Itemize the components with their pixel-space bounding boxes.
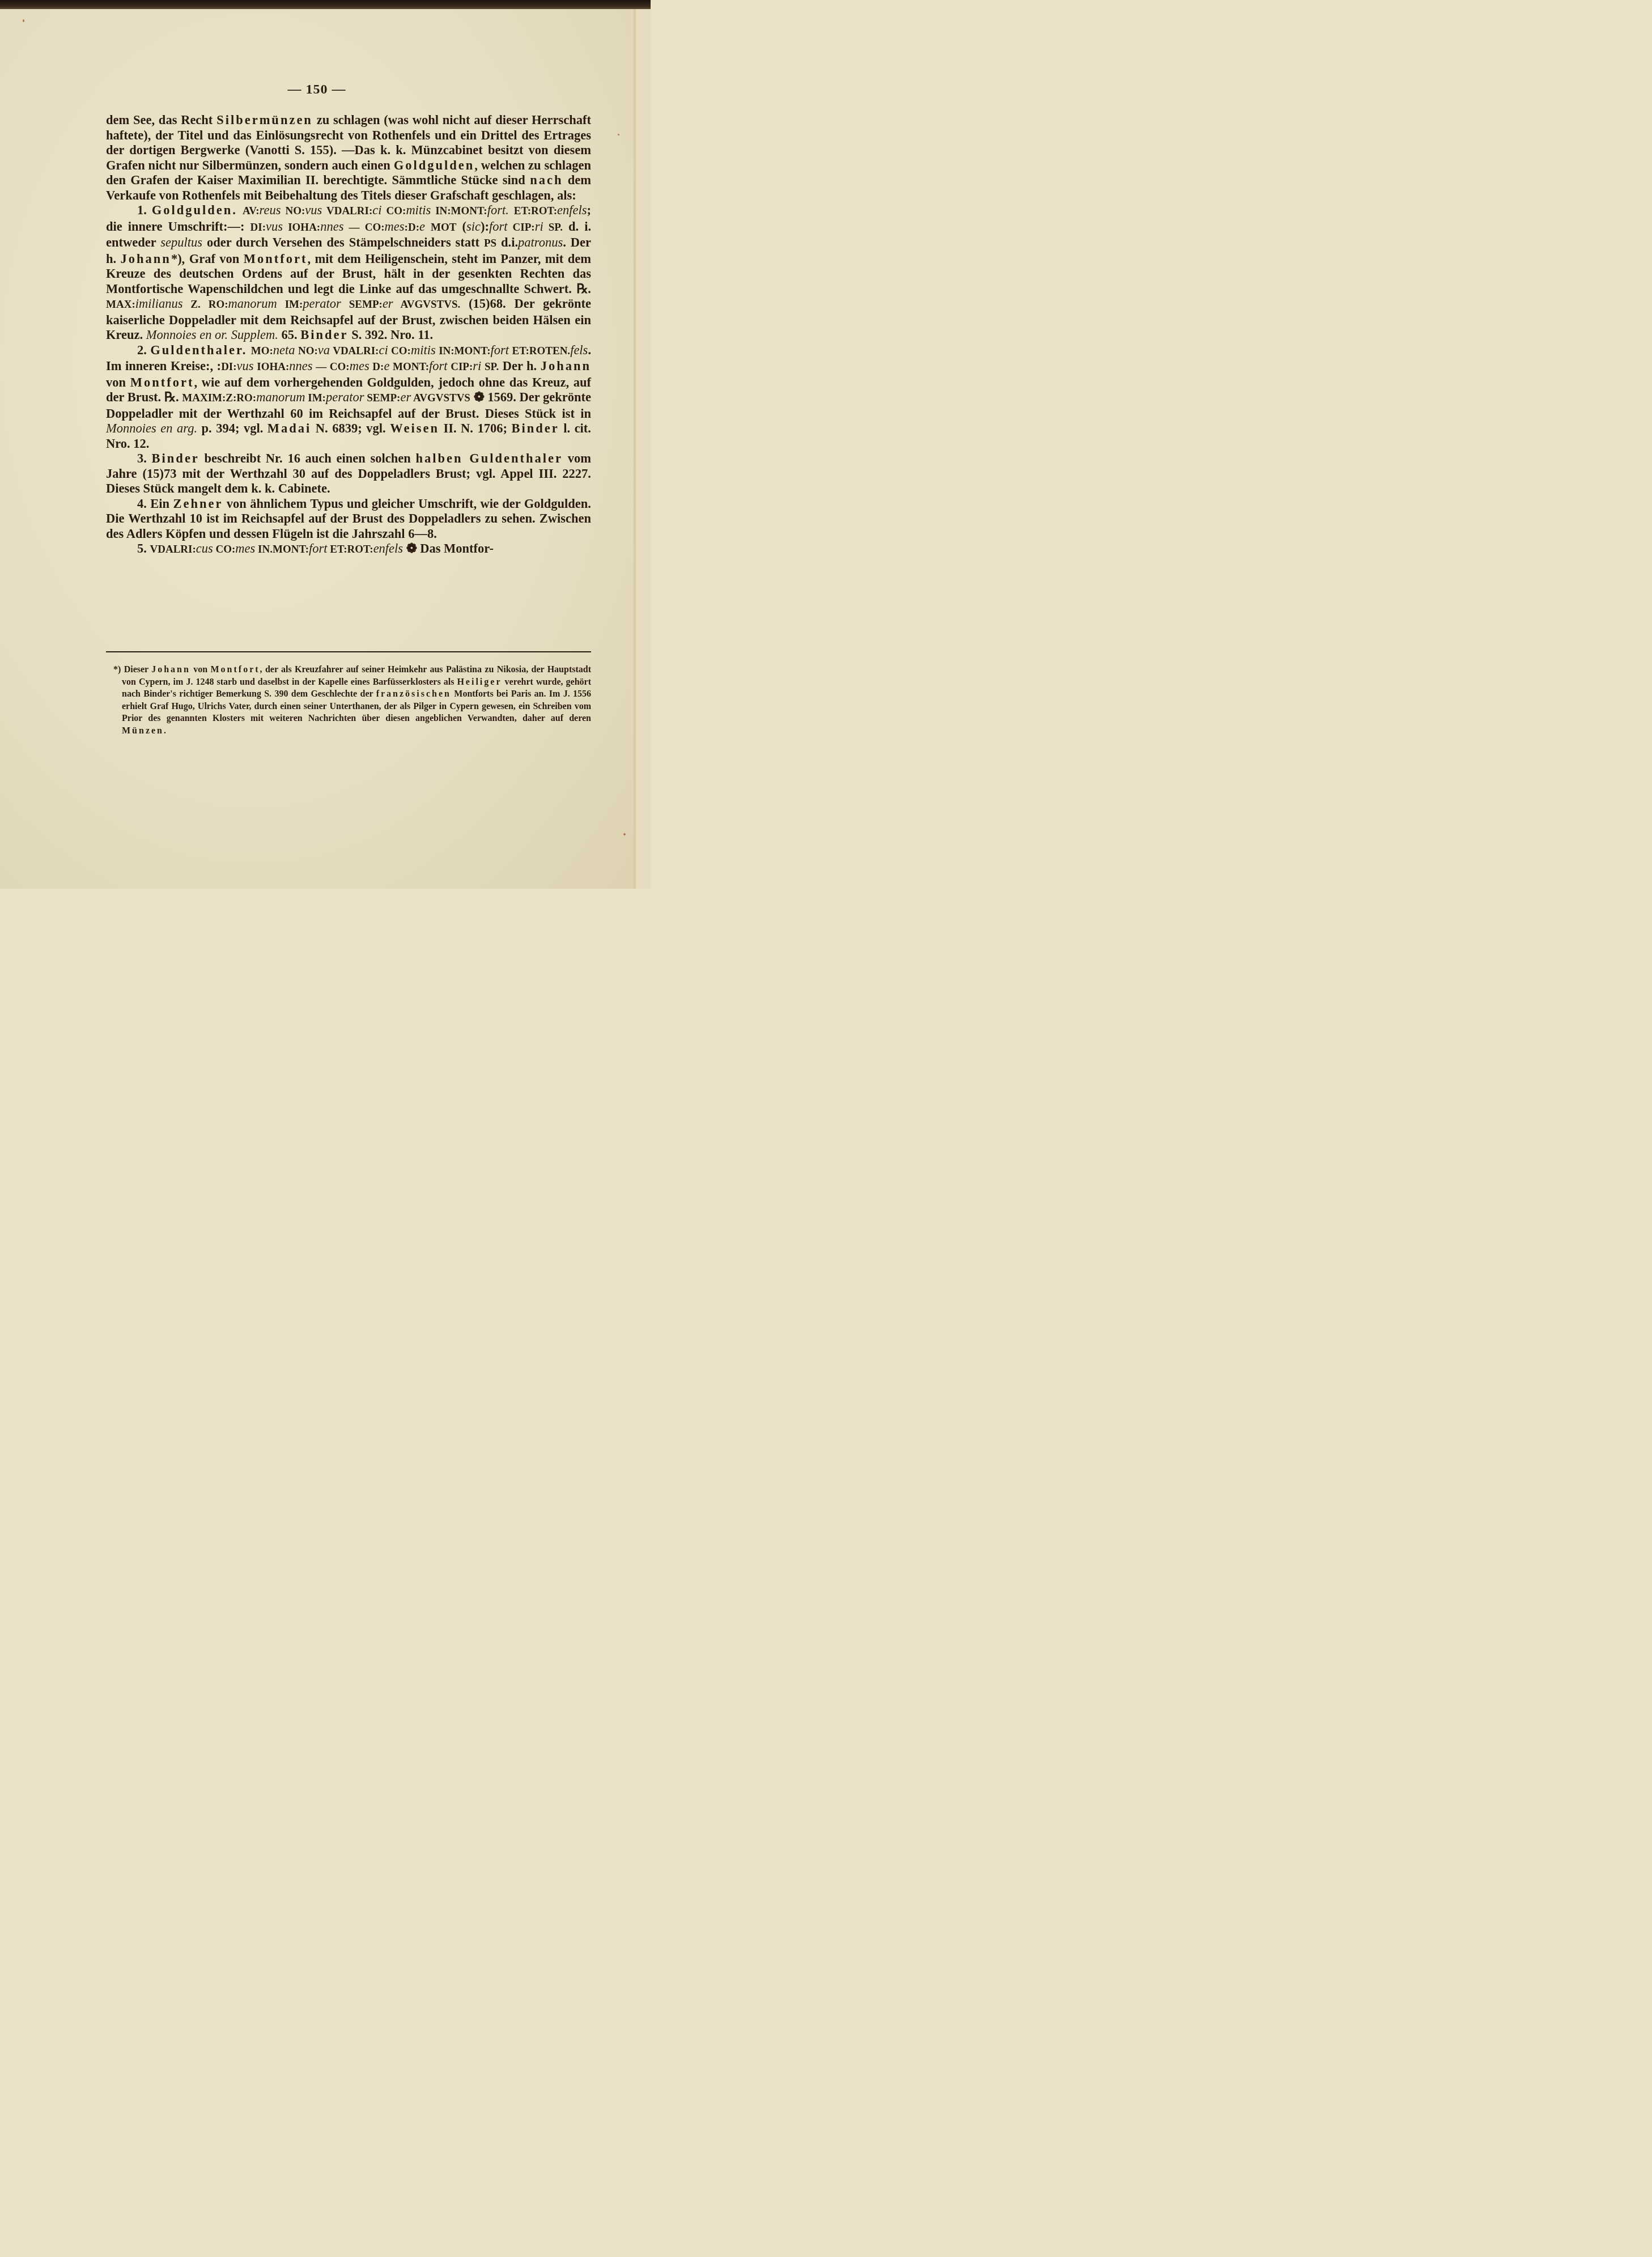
legend-italic: vus xyxy=(305,203,322,217)
footnote-ref: *), Graf von xyxy=(171,252,244,266)
legend-italic: fort. xyxy=(487,203,509,217)
spaced-term: Binder xyxy=(511,421,559,435)
legend-italic: patronus xyxy=(518,235,563,249)
legend-caps: D: xyxy=(370,361,384,373)
legend-italic: perator xyxy=(326,390,364,404)
spaced-term: Montfort xyxy=(244,252,308,266)
text-run: p. 394; vgl. xyxy=(197,421,267,435)
spaced-term: Münzen xyxy=(122,726,164,736)
legend-italic: sepultus xyxy=(160,235,202,249)
legend-italic: manorum xyxy=(256,390,305,404)
legend-caps: VDALRI: xyxy=(322,205,372,217)
legend-caps: VDALRI: xyxy=(330,345,379,357)
text-run: oder durch Versehen des Stämpelschneider… xyxy=(202,235,484,249)
legend-caps: — CO: xyxy=(313,361,350,373)
spaced-term: Johann xyxy=(541,359,591,373)
legend-italic: e xyxy=(419,219,425,234)
legend-italic: nnes xyxy=(289,359,312,373)
legend-italic: mes xyxy=(385,219,405,234)
legend-italic: mitis xyxy=(411,343,436,357)
legend-caps: DI: xyxy=(221,361,236,373)
legend-caps: CO: xyxy=(382,205,406,217)
item-title: Goldgulden. xyxy=(152,203,237,217)
legend-caps: SP. xyxy=(543,222,563,234)
legend-caps: MAXIM:Z:RO: xyxy=(182,392,256,404)
spaced-term: Silbermünzen xyxy=(216,113,313,127)
spaced-term: Zehner xyxy=(173,497,223,511)
text-run: S. 392. Nro. 11. xyxy=(349,328,434,342)
spaced-term: Johann xyxy=(121,252,171,266)
legend-caps: PS xyxy=(484,237,496,249)
footnote-paragraph: *) Dieser Johann von Montfort, der als K… xyxy=(113,664,591,737)
legend-caps: CO: xyxy=(388,345,411,357)
item-3-paragraph: 3. Binder beschreibt Nr. 16 auch einen s… xyxy=(106,451,591,497)
item-number: 5. xyxy=(137,541,150,555)
item-number: 2. xyxy=(137,343,147,357)
citation-title: Monnoies en arg. xyxy=(106,421,197,435)
legend-italic: neta xyxy=(273,343,295,357)
legend-caps: ET:ROTEN. xyxy=(509,345,570,357)
text-run: N. 6839; vgl. xyxy=(311,421,390,435)
legend-italic: perator xyxy=(303,296,341,311)
citation-title: Monnoies en or. Supplem. xyxy=(146,328,278,342)
legend-italic: ri xyxy=(535,219,543,234)
legend-caps: NO: xyxy=(295,345,318,357)
text-run: Dieser xyxy=(121,665,151,674)
intro-paragraph: dem See, das Recht Silbermünzen zu schla… xyxy=(106,113,591,203)
legend-caps: SP. xyxy=(481,361,499,373)
legend-italic: fels xyxy=(570,343,588,357)
legend-italic: vus xyxy=(237,359,254,373)
text-run: d.i. xyxy=(496,235,518,249)
spaced-term: halben Guldenthaler xyxy=(416,451,563,465)
legend-italic: mitis xyxy=(406,203,431,217)
page-number: — 150 — xyxy=(0,82,634,97)
legend-caps: CIP: xyxy=(507,222,534,234)
legend-italic: mes xyxy=(235,541,255,555)
spaced-term: Weisen xyxy=(390,421,439,435)
item-number: 4. Ein xyxy=(137,497,173,511)
item-4-paragraph: 4. Ein Zehner von ähnlichem Typus und gl… xyxy=(106,497,591,542)
spaced-term: Binder xyxy=(152,451,199,465)
spaced-term: französischen xyxy=(376,689,451,699)
legend-caps: — CO: xyxy=(343,222,384,234)
legend-italic: va xyxy=(318,343,330,357)
legend-italic: fort xyxy=(309,541,328,555)
legend-italic: reus xyxy=(259,203,281,217)
legend-caps: ET:ROT: xyxy=(328,544,373,555)
legend-caps: IN.MONT: xyxy=(255,544,309,555)
spaced-term: Heiliger xyxy=(457,677,502,687)
legend-italic: er xyxy=(400,390,411,404)
main-text: dem See, das Recht Silbermünzen zu schla… xyxy=(106,113,591,558)
legend-caps: :D: xyxy=(405,222,419,234)
footnote-marker: *) xyxy=(113,665,121,674)
item-number: 1. xyxy=(137,203,147,217)
legend-italic: nnes xyxy=(320,219,343,234)
legend-caps: Z. RO: xyxy=(182,299,228,311)
legend-caps: CO: xyxy=(213,544,236,555)
text-run: ): xyxy=(481,219,489,234)
legend-italic: mes xyxy=(350,359,370,373)
legend-italic: fort xyxy=(429,359,448,373)
spaced-term: Goldgulden xyxy=(394,158,475,172)
legend-caps: IM: xyxy=(305,392,325,404)
text-run: dem See, das Recht xyxy=(106,113,216,127)
legend-italic: e xyxy=(384,359,389,373)
legend-italic: ci xyxy=(372,203,381,217)
legend-italic: imilianus xyxy=(135,296,183,311)
legend-caps: IN:MONT: xyxy=(436,345,491,357)
item-5-paragraph: 5. VDALRI:cus CO:mes IN.MONT:fort ET:ROT… xyxy=(106,541,591,558)
legend-caps: MONT: xyxy=(389,361,429,373)
legend-italic: manorum xyxy=(228,296,277,311)
legend-caps: MO: xyxy=(251,345,273,357)
spaced-term: Binder xyxy=(300,328,348,342)
book-top-edge xyxy=(0,0,651,9)
legend-caps: IM: xyxy=(277,299,303,311)
text-run: . xyxy=(164,726,166,736)
text-run: beschreibt Nr. 16 auch einen solchen xyxy=(199,451,416,465)
item-2-paragraph: 2. Guldenthaler. MO:neta NO:va VDALRI:ci… xyxy=(106,343,591,452)
legend-caps: AVGVSTVS xyxy=(411,392,470,404)
legend-italic: er xyxy=(383,296,393,311)
legend-italic: enfels xyxy=(557,203,587,217)
paper-speck xyxy=(23,19,24,22)
legend-caps: CIP: xyxy=(448,361,473,373)
legend-caps: AV: xyxy=(243,205,260,217)
spaced-term: Madai xyxy=(267,421,312,435)
text-run: II. N. 1706; xyxy=(439,421,512,435)
legend-caps: MAX: xyxy=(106,299,135,311)
legend-caps: SEMP: xyxy=(341,299,383,311)
text-run: Der h. xyxy=(499,359,541,373)
legend-caps: DI: xyxy=(250,222,266,234)
spaced-term: Johann xyxy=(151,665,190,674)
legend-italic: enfels xyxy=(373,541,403,555)
legend-caps: MOT xyxy=(431,222,456,234)
item-number: 3. xyxy=(137,451,152,465)
legend-italic: ci xyxy=(379,343,388,357)
item-title: Guldenthaler. xyxy=(150,343,247,357)
legend-caps: AVGVSTVS. xyxy=(393,299,461,311)
text-run: von xyxy=(106,375,130,389)
legend-italic: fort xyxy=(489,219,508,234)
next-page-edge xyxy=(636,9,651,889)
legend-caps: IN:MONT: xyxy=(431,205,487,217)
legend-caps: IOHA: xyxy=(283,222,320,234)
spaced-term: Montfort xyxy=(130,375,194,389)
legend-italic: fort xyxy=(491,343,509,357)
paper-speck xyxy=(623,833,626,835)
text-run: 65. xyxy=(278,328,300,342)
text-run: ( xyxy=(456,219,466,234)
legend-caps: VDALRI: xyxy=(150,544,196,555)
spaced-term: nach xyxy=(530,173,563,187)
text-run: ❁ Das Montfor- xyxy=(403,541,494,555)
sic-note: sic xyxy=(466,219,481,234)
text-run: von xyxy=(190,665,211,674)
legend-caps: IOHA: xyxy=(254,361,290,373)
item-1-paragraph: 1. Goldgulden. AV:reus NO:vus VDALRI:ci … xyxy=(106,203,591,343)
legend-caps: NO: xyxy=(281,205,305,217)
legend-italic: ri xyxy=(473,359,481,373)
paper-speck xyxy=(618,134,619,135)
book-page: — 150 — dem See, das Recht Silbermünzen … xyxy=(0,9,634,889)
legend-caps: SEMP: xyxy=(364,392,400,404)
footnote-divider xyxy=(106,651,591,652)
footnote: *) Dieser Johann von Montfort, der als K… xyxy=(113,664,591,737)
legend-caps: ET:ROT: xyxy=(514,205,557,217)
legend-italic: vus xyxy=(266,219,283,234)
legend-italic: cus xyxy=(196,541,213,555)
spaced-term: Montfort xyxy=(210,665,260,674)
